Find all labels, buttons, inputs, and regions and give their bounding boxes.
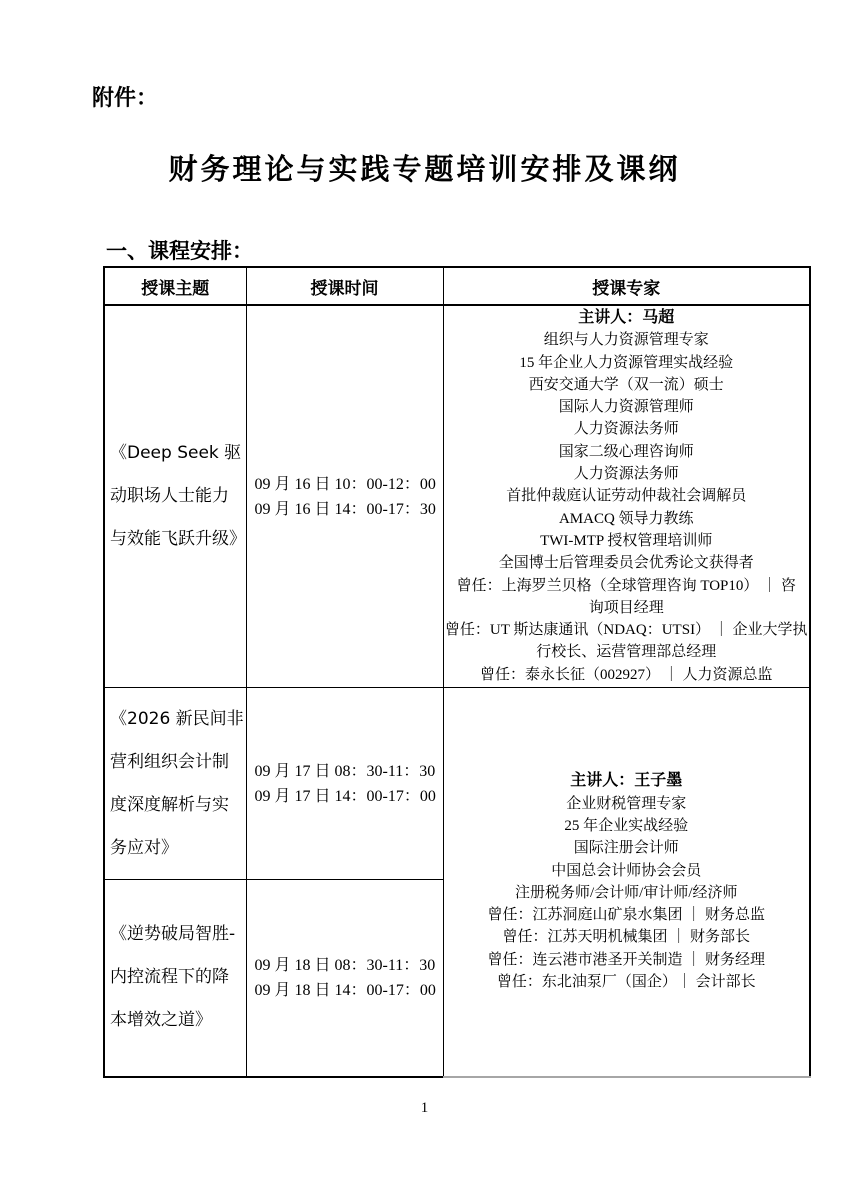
text-line: 曾任：连云港市港圣开关制造 ｜ 财务经理 [445,949,809,971]
speaker-name: 主讲人：马超 [445,307,809,329]
text-line: 《Deep Seek 驱 [110,432,245,475]
text-line: 人力资源法务师 [445,418,809,440]
table-row-course-1: 《Deep Seek 驱动职场人士能力与效能飞跃升级》 09 月 16 日 10… [104,305,810,688]
text-line: TWI-MTP 授权管理培训师 [445,530,809,552]
text-line: 注册税务师/会计师/审计师/经济师 [445,882,809,904]
document-page: 附件： 财务理论与实践专题培训安排及课纲 一、课程安排： 授课主题 授课时间 授… [0,0,849,1117]
course-3-topic-cell: 《逆势破局智胜-内控流程下的降本增效之道》 [104,880,246,1077]
text-line: 中国总会计师协会会员 [445,860,809,882]
text-line: 曾任：江苏天明机械集团 ｜ 财务部长 [445,926,809,948]
column-header-expert: 授课专家 [443,267,810,305]
column-header-time: 授课时间 [246,267,443,305]
text-line: 内控流程下的降 [110,956,245,999]
expert-credentials: 组织与人力资源管理专家15 年企业人力资源管理实战经验西安交通大学（双一流）硕士… [445,329,809,686]
text-line: 《逆势破局智胜- [110,913,245,956]
text-line: 国家二级心理咨询师 [445,441,809,463]
course-1-time-cell: 09 月 16 日 10：00-12：0009 月 16 日 14：00-17：… [246,305,443,688]
text-line: 营利组织会计制 [110,741,245,784]
text-line: 曾任：东北油泵厂（国企）｜ 会计部长 [445,971,809,993]
text-line: 组织与人力资源管理专家 [445,329,809,351]
text-line: 09 月 17 日 14：00-17：00 [255,784,442,809]
text-line: 曾任：江苏洞庭山矿泉水集团 ｜ 财务总监 [445,904,809,926]
course-2-3-expert-cell: 主讲人：王子墨 企业财税管理专家25 年企业实战经验国际注册会计师中国总会计师协… [443,688,810,1077]
text-line: 西安交通大学（双一流）硕士 [445,374,809,396]
course-3-time-cell: 09 月 18 日 08：30-11：3009 月 18 日 14：00-17：… [246,880,443,1077]
text-line: 本增效之道》 [110,999,245,1042]
text-line: 09 月 16 日 10：00-12：00 [255,472,442,497]
course-1-expert-cell: 主讲人：马超 组织与人力资源管理专家15 年企业人力资源管理实战经验西安交通大学… [443,305,810,688]
text-line: 国际注册会计师 [445,837,809,859]
column-header-topic: 授课主题 [104,267,246,305]
expert-credentials: 企业财税管理专家25 年企业实战经验国际注册会计师中国总会计师协会会员注册税务师… [445,793,809,994]
attachment-label: 附件： [92,0,849,110]
text-line: 曾任：上海罗兰贝格（全球管理咨询 TOP10） ｜ 咨 [445,575,809,597]
text-line: 25 年企业实战经验 [445,815,809,837]
text-line: 动职场人士能力 [110,475,245,518]
text-line: 曾任：泰永长征（002927） ｜ 人力资源总监 [445,664,809,686]
text-line: 09 月 18 日 14：00-17：00 [255,978,442,1003]
text-line: 务应对》 [110,827,245,870]
text-line: 首批仲裁庭认证劳动仲裁社会调解员 [445,485,809,507]
text-line: 企业财税管理专家 [445,793,809,815]
text-line: 曾任：UT 斯达康通讯（NDAQ：UTSI） ｜ 企业大学执 [445,619,809,641]
table-row-course-2: 《2026 新民间非营利组织会计制度深度解析与实务应对》 09 月 17 日 0… [104,688,810,880]
text-line: 国际人力资源管理师 [445,396,809,418]
text-line: 人力资源法务师 [445,463,809,485]
text-line: 15 年企业人力资源管理实战经验 [445,352,809,374]
course-2-time-cell: 09 月 17 日 08：30-11：3009 月 17 日 14：00-17：… [246,688,443,880]
course-schedule-table: 授课主题 授课时间 授课专家 《Deep Seek 驱动职场人士能力与效能飞跃升… [103,266,811,1078]
text-line: 09 月 16 日 14：00-17：30 [255,497,442,522]
text-line: AMACQ 领导力教练 [445,508,809,530]
text-line: 与效能飞跃升级》 [110,518,245,561]
table-header-row: 授课主题 授课时间 授课专家 [104,267,810,305]
page-number: 1 [0,1100,849,1117]
section-heading: 一、课程安排： [106,237,849,266]
text-line: 询项目经理 [445,597,809,619]
text-line: 度深度解析与实 [110,784,245,827]
speaker-name: 主讲人：王子墨 [445,770,809,792]
text-line: 09 月 18 日 08：30-11：30 [255,953,442,978]
course-1-topic-cell: 《Deep Seek 驱动职场人士能力与效能飞跃升级》 [104,305,246,688]
text-line: 09 月 17 日 08：30-11：30 [255,759,442,784]
text-line: 全国博士后管理委员会优秀论文获得者 [445,552,809,574]
course-2-topic-cell: 《2026 新民间非营利组织会计制度深度解析与实务应对》 [104,688,246,880]
text-line: 《2026 新民间非 [110,698,245,741]
document-title: 财务理论与实践专题培训安排及课纲 [0,150,849,190]
text-line: 行校长、运营管理部总经理 [445,641,809,663]
